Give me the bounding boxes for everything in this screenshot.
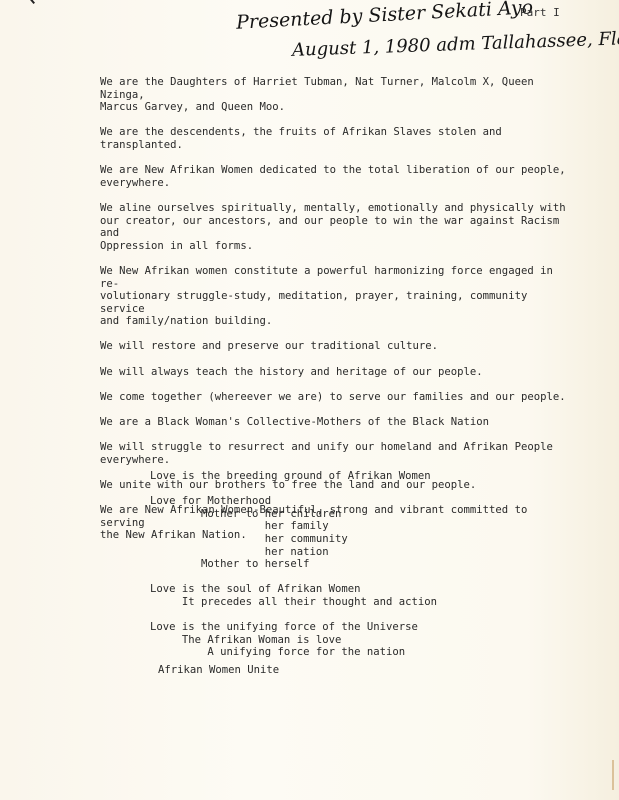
poem-line: Love is the breeding ground of Afrikan W… (150, 470, 510, 483)
poem-line: her nation (150, 546, 510, 559)
paragraph: We will always teach the history and her… (100, 366, 570, 379)
poem-stanza: Love is the unifying force of the Univer… (150, 621, 510, 659)
poem-line: Mother to herself (150, 558, 510, 571)
poem-line: It precedes all their thought and action (150, 596, 510, 609)
part-label: Part I (520, 6, 560, 19)
poem-line: Love is the unifying force of the Univer… (150, 621, 510, 634)
handwritten-date-location: August 1, 1980 adm Tallahassee, Fla (292, 28, 619, 61)
handwritten-presenter-note: Presented by Sister Sekati Ayo (236, 0, 534, 34)
poem-line: Mother to her children (150, 508, 510, 521)
closing-line: Afrikan Women Unite (158, 664, 279, 676)
poem-line: The Afrikan Woman is love (150, 634, 510, 647)
paragraph: We are the Daughters of Harriet Tubman, … (100, 76, 570, 114)
poem-line: Love is the soul of Afrikan Women (150, 583, 510, 596)
poem: Love is the breeding ground of Afrikan W… (150, 470, 510, 672)
paper-stain (612, 760, 614, 790)
paragraph: We are the descendents, the fruits of Af… (100, 126, 570, 151)
paragraph: We New Afrikan women constitute a powerf… (100, 265, 570, 328)
paragraph: We will struggle to resurrect and unify … (100, 441, 570, 466)
paragraph: We are a Black Woman's Collective-Mother… (100, 416, 570, 429)
paragraph: We will restore and preserve our traditi… (100, 340, 570, 353)
poem-line: A unifying force for the nation (150, 646, 510, 659)
poem-stanza: Love for Motherhood Mother to her childr… (150, 495, 510, 571)
paragraph: We aline ourselves spiritually, mentally… (100, 202, 570, 252)
poem-stanza: Love is the breeding ground of Afrikan W… (150, 470, 510, 483)
ink-mark (25, 0, 35, 8)
document-page: Presented by Sister Sekati Ayo August 1,… (0, 0, 619, 800)
paragraph: We come together (whereever we are) to s… (100, 391, 570, 404)
paragraph: We are New Afrikan Women dedicated to th… (100, 164, 570, 189)
poem-line: her family (150, 520, 510, 533)
poem-stanza: Love is the soul of Afrikan Women It pre… (150, 583, 510, 608)
poem-line: Love for Motherhood (150, 495, 510, 508)
poem-line: her community (150, 533, 510, 546)
